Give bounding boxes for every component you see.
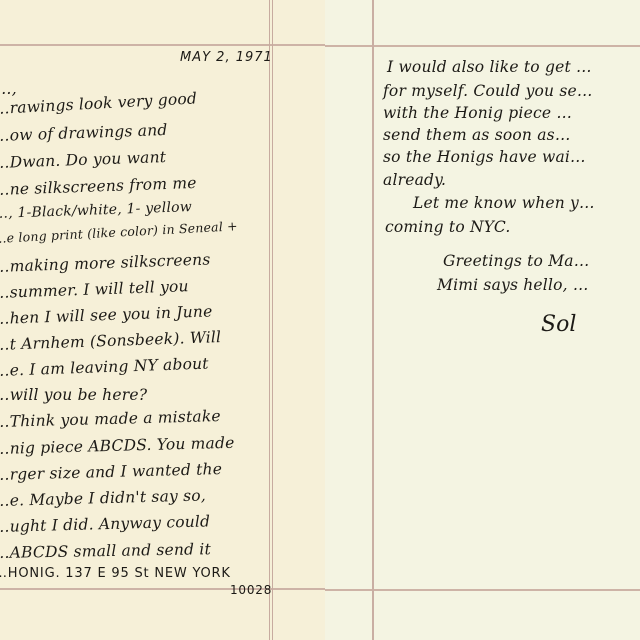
- letter-line: …ne silkscreens from me: [0, 174, 197, 199]
- letter-line: …e. I am leaving NY about: [0, 355, 209, 380]
- zip-code: 10028: [230, 583, 272, 597]
- letter-line: already.: [383, 171, 446, 189]
- letter-line: …, 1-Black/white, 1- yellow: [0, 199, 192, 222]
- letter-line: …Dwan. Do you want: [0, 148, 166, 172]
- signature: Sol: [541, 312, 576, 337]
- closing-line: Mimi says hello, …: [437, 276, 589, 294]
- letter-line: …nig piece ABCDS. You made: [0, 434, 235, 458]
- letter-line: Let me know when y…: [413, 194, 595, 212]
- letter-date: MAY 2, 1971: [180, 50, 273, 65]
- letter-line: …will you be here?: [0, 386, 147, 404]
- left-page: MAY 2, 1971 …, …rawings look very good ……: [0, 0, 325, 640]
- letter-line: …rawings look very good: [0, 89, 197, 118]
- left-margin-rule: [372, 0, 374, 640]
- letter-line: …Think you made a mistake: [0, 407, 221, 431]
- letter-line: …ABCDS small and send it: [0, 540, 211, 562]
- letter-line: …making more silkscreens: [0, 250, 211, 276]
- address-line: …HONIG. 137 E 95 St NEW YORK: [0, 566, 231, 581]
- letter-line: for myself. Could you se…: [383, 82, 593, 100]
- letter-line: …hen I will see you in June: [0, 302, 213, 328]
- letter-line: …e long print (like color) in Seneal +: [0, 218, 238, 246]
- top-rule: [0, 44, 325, 46]
- letter-line: …rger size and I wanted the: [0, 460, 222, 484]
- right-page: I would also like to get … for myself. C…: [325, 0, 640, 640]
- letter-line: …summer. I will tell you: [0, 277, 189, 302]
- letter-line: …ow of drawings and: [0, 121, 168, 145]
- letter-line: coming to NYC.: [385, 218, 511, 236]
- right-margin-rule: [269, 0, 273, 640]
- salutation: …,: [0, 80, 17, 98]
- letter-line: …e. Maybe I didn't say so,: [0, 486, 206, 510]
- letter-line: so the Honigs have wai…: [383, 148, 586, 166]
- letter-line: with the Honig piece …: [383, 104, 572, 122]
- letter-line: I would also like to get …: [387, 58, 592, 76]
- letter-line: send them as soon as…: [383, 126, 571, 144]
- letter-line: …t Arnhem (Sonsbeek). Will: [0, 328, 221, 354]
- closing-line: Greetings to Ma…: [443, 252, 589, 270]
- letter-line: …ught I did. Anyway could: [0, 512, 210, 536]
- bottom-rule: [0, 588, 325, 590]
